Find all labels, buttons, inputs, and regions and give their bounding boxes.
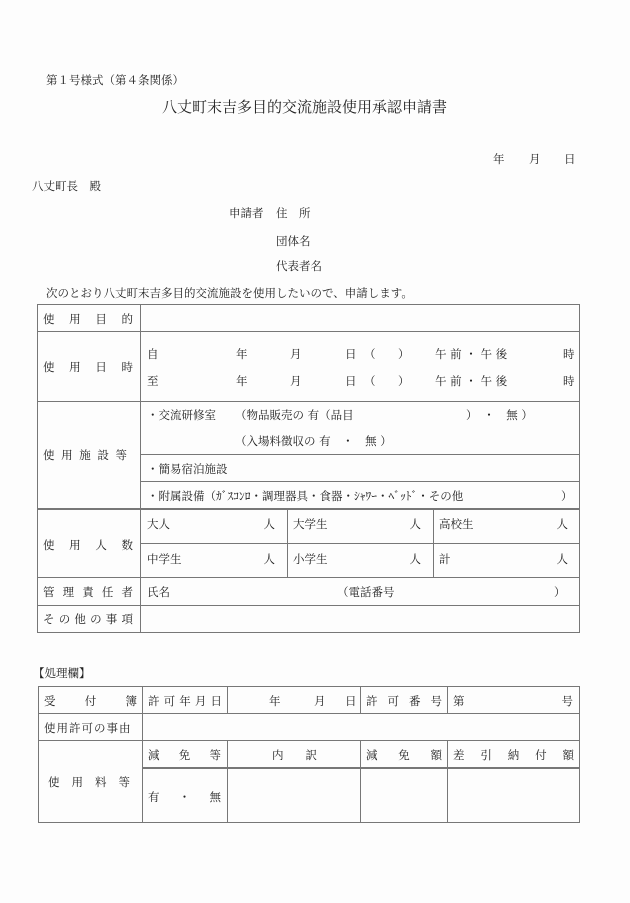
people-elementary-field[interactable]: 小学生人: [293, 551, 421, 567]
addressee: 八丈町長 殿: [32, 178, 101, 194]
facility-room-option[interactable]: ・交流研修室: [147, 407, 216, 423]
form-number: 第１号様式（第４条関係）: [46, 72, 184, 88]
applicant-representative-field[interactable]: 代表者名: [276, 258, 322, 274]
facilities-label: 使用施設等: [43, 447, 127, 463]
breakdown-label: 内訳: [272, 747, 317, 763]
permit-number-label: 許可番号: [366, 693, 442, 709]
other-label: その他の事項: [43, 611, 133, 627]
page-title: 八丈町末吉多目的交流施設使用承認申請書: [162, 96, 447, 117]
people-total-field[interactable]: 計人: [439, 551, 568, 567]
people-adult-field[interactable]: 大人人: [147, 516, 275, 532]
net-amount-field[interactable]: [448, 769, 579, 822]
reduction-label: 減免等: [148, 747, 221, 763]
reduction-choice[interactable]: 有・無: [148, 789, 221, 805]
people-university-field[interactable]: 大学生人: [293, 516, 421, 532]
reduction-amount-field[interactable]: [361, 769, 447, 822]
purpose-label: 使用目的: [43, 311, 133, 327]
date-month[interactable]: 月: [529, 151, 541, 167]
manager-label: 管理責任者: [43, 584, 133, 600]
facility-equipment-close: ）: [561, 488, 573, 504]
reason-field[interactable]: [143, 714, 579, 740]
date-year[interactable]: 年: [493, 151, 505, 167]
applicant-label: 申請者: [229, 205, 264, 221]
purpose-field[interactable]: [141, 305, 579, 331]
date-day[interactable]: 日: [564, 151, 576, 167]
permit-number-field[interactable]: 第号: [453, 693, 573, 709]
people-highschool-field[interactable]: 高校生人: [439, 516, 568, 532]
datetime-label: 使用日時: [43, 359, 133, 375]
intro-text: 次のとおり八丈町末吉多目的交流施設を使用したいので、申請します。: [46, 285, 413, 301]
receipt-label: 受付簿: [44, 693, 137, 709]
people-juniorhigh-field[interactable]: 中学生人: [147, 551, 275, 567]
permit-date-label: 許可年月日: [148, 693, 222, 709]
net-amount-label: 差引納付額: [453, 747, 574, 763]
reduction-amount-label: 減免額: [366, 747, 442, 763]
applicant-group-field[interactable]: 団体名: [276, 233, 311, 249]
facility-sales-none-option[interactable]: ） ・ 無 ）: [466, 407, 533, 423]
people-label: 使用人数: [43, 537, 133, 553]
facility-fee-option[interactable]: （入場料徴収の 有 ・ 無 ）: [235, 433, 392, 449]
breakdown-field[interactable]: [228, 769, 360, 822]
manager-phone-field[interactable]: （電話番号: [337, 584, 395, 600]
manager-phone-close: ）: [554, 584, 566, 600]
facility-sales-option[interactable]: （物品販売の 有（品目: [235, 407, 354, 423]
facility-lodging-option[interactable]: ・簡易宿泊施設: [147, 461, 228, 477]
applicant-address-field[interactable]: 住 所: [276, 205, 311, 221]
fee-label: 使用料等: [48, 774, 130, 790]
facility-equipment-option[interactable]: ・附属設備（ｶﾞｽｺﾝﾛ・調理器具・食器・ｼｬﾜｰ・ﾍﾞｯﾄﾞ・その他: [147, 488, 463, 504]
processing-heading: 【処理欄】: [33, 665, 91, 681]
manager-name-field[interactable]: 氏名: [147, 584, 170, 600]
other-field[interactable]: [141, 606, 579, 632]
reason-label: 使用許可の事由: [44, 720, 132, 736]
